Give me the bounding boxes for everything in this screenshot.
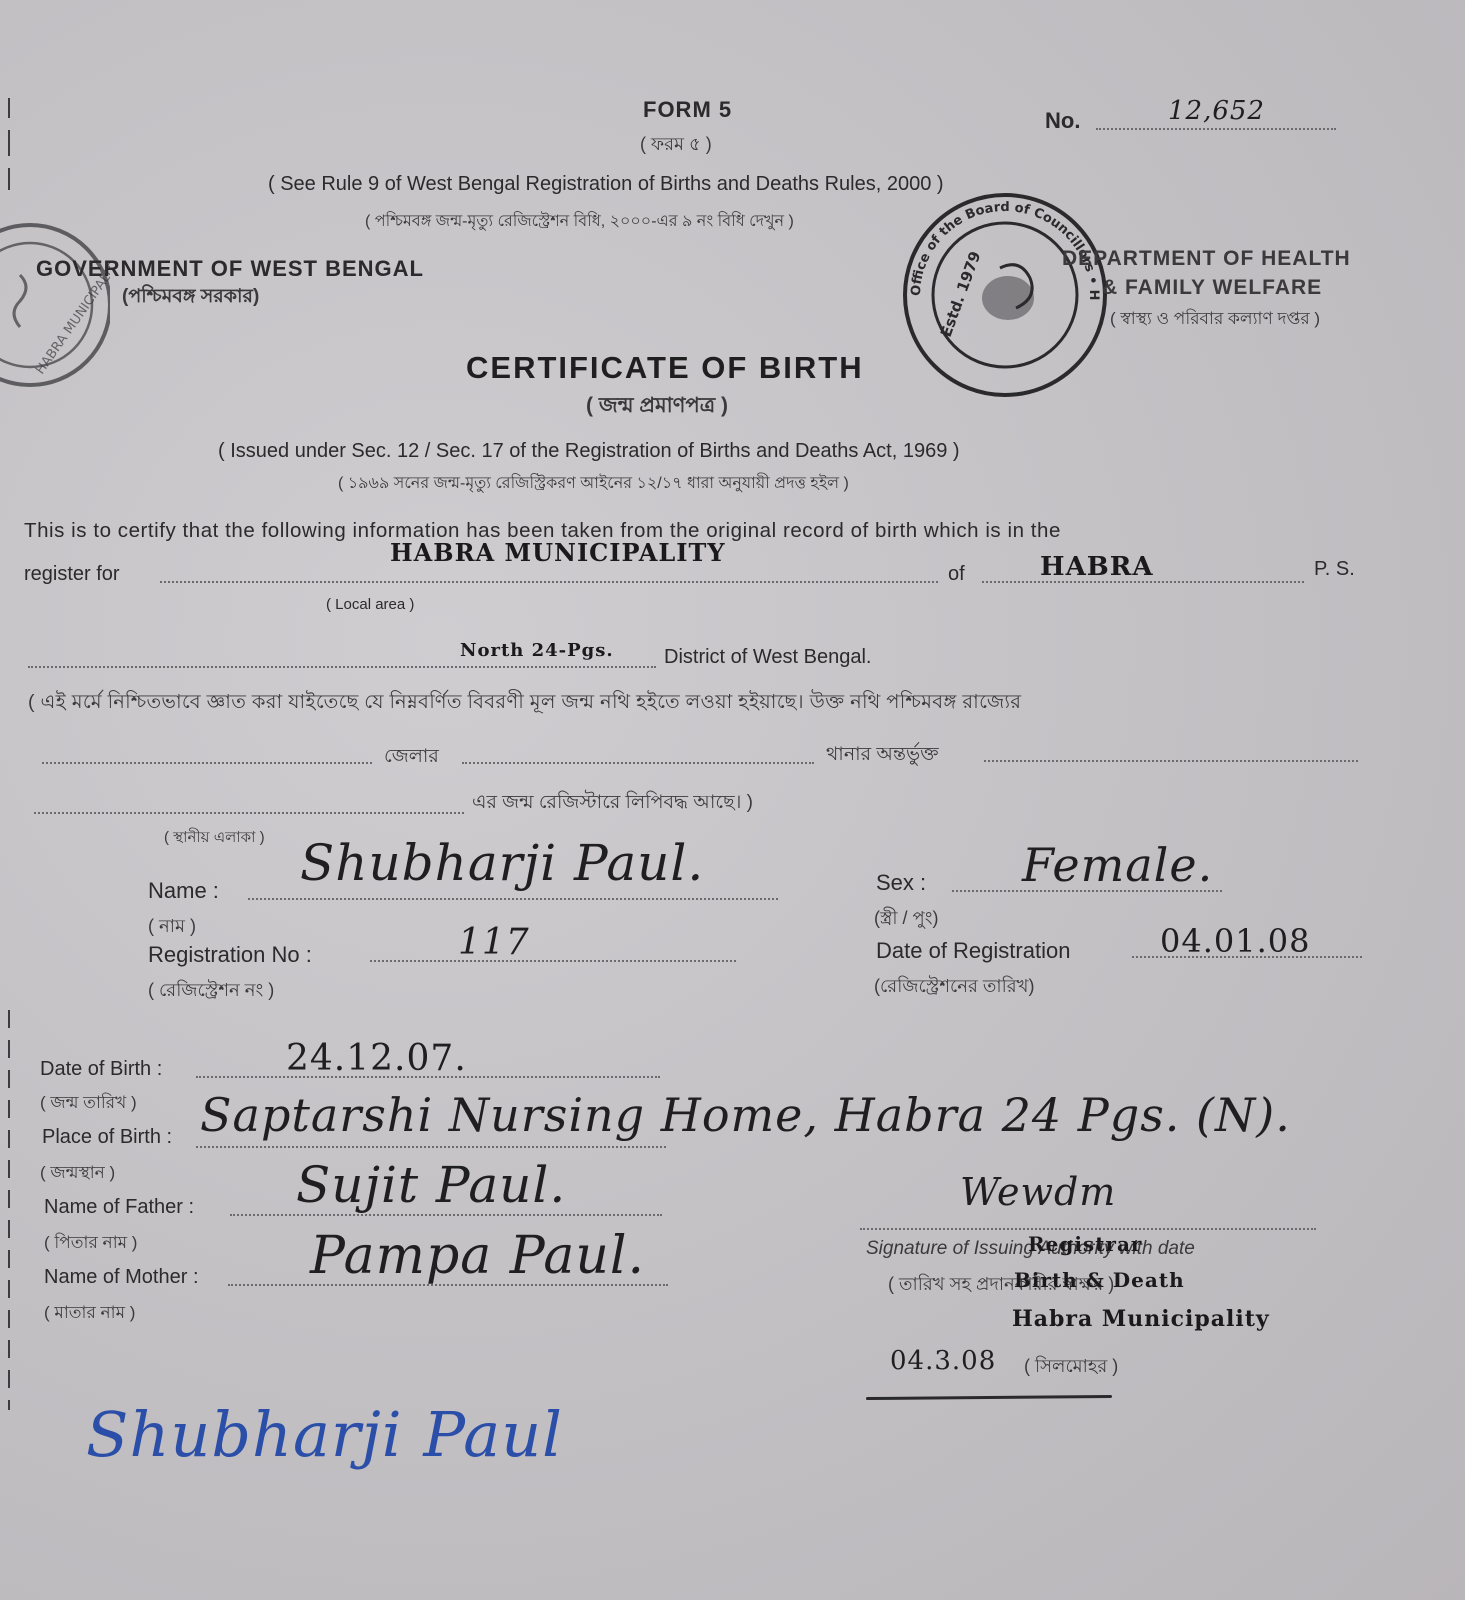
form-number-bn: ( ফরম ৫ ) — [640, 130, 712, 161]
mother-label-bn: ( মাতার নাম ) — [44, 1300, 135, 1328]
registration-no-value: 117 — [458, 922, 530, 963]
name-value: Shubharji Paul. — [300, 834, 704, 892]
registrar-stamp-line1: Registrar — [1028, 1232, 1142, 1256]
local-area-value: HABRA MUNICIPALITY — [390, 538, 726, 567]
dob-value: 24.12.07. — [286, 1038, 467, 1079]
margin-mark — [8, 98, 10, 118]
register-statement-bn: এর জন্ম রেজিস্টারে লিপিবদ্ধ আছে। ) — [472, 788, 753, 820]
serial-number: 12,652 — [1168, 96, 1265, 126]
margin-mark — [8, 1010, 10, 1410]
form-number: FORM 5 — [643, 97, 732, 123]
pob-label: Place of Birth : — [42, 1126, 172, 1149]
department-title-line1: DEPARTMENT OF HEALTH — [1062, 247, 1351, 271]
ps-label: P. S. — [1314, 558, 1355, 581]
certificate-title-bn: ( জন্ম প্রমাণপত্র ) — [586, 389, 728, 424]
department-title-bn: ( স্বাস্থ্য ও পরিবার কল্যাণ দপ্তর ) — [1110, 306, 1320, 334]
district-value: North 24-Pgs. — [460, 640, 614, 661]
registrar-stamp-line3: Habra Municipality — [1012, 1306, 1270, 1332]
mother-value: Pampa Paul. — [310, 1226, 645, 1286]
father-label: Name of Father : — [44, 1196, 194, 1219]
local-area-caption-bn: ( স্থানীয় এলাকা ) — [164, 826, 265, 851]
margin-mark — [8, 168, 10, 190]
issuer-signature: Wewdm — [960, 1170, 1116, 1214]
serial-label: No. — [1045, 108, 1080, 134]
registration-date-value: 04.01.08 — [1160, 922, 1311, 960]
municipality-seal-right: Office of the Board of Councillors • HAB… — [890, 188, 1120, 403]
registrar-stamp-line2: Birth & Death — [1014, 1268, 1185, 1292]
seal-label-bn: ( সিলমোহর ) — [1024, 1352, 1118, 1383]
pob-value: Saptarshi Nursing Home, Habra 24 Pgs. (N… — [200, 1088, 1291, 1142]
district-label-bn: জেলার — [384, 742, 439, 774]
registration-date-label-bn: (রেজিস্ট্রেশনের তারিখ) — [874, 972, 1034, 1003]
mother-label: Name of Mother : — [44, 1266, 199, 1289]
government-title: GOVERNMENT OF WEST BENGAL — [36, 256, 424, 282]
certificate-title: CERTIFICATE OF BIRTH — [466, 350, 864, 386]
signature-date: 04.3.08 — [890, 1346, 996, 1376]
municipality-seal-left: HABRA MUNICIPALITY — [0, 205, 110, 415]
government-title-bn: (পশ্চিমবঙ্গ সরকার) — [122, 282, 259, 314]
svg-text:Estd. 1979: Estd. 1979 — [937, 249, 985, 340]
pob-label-bn: ( জন্মস্থান ) — [40, 1160, 115, 1188]
rule-reference: ( See Rule 9 of West Bengal Registration… — [268, 173, 944, 196]
ps-label-bn: থানার অন্তর্ভুক্ত — [826, 740, 939, 772]
department-title-line2: & FAMILY WELFARE — [1102, 276, 1322, 300]
dob-label: Date of Birth : — [40, 1058, 162, 1081]
father-value: Sujit Paul. — [296, 1156, 566, 1214]
local-area-caption: ( Local area ) — [326, 596, 414, 613]
certify-statement-bn: ( এই মর্মে নিশ্চিতভাবে জ্ঞাত করা যাইতেছে… — [28, 688, 1021, 720]
sex-value: Female. — [1022, 838, 1213, 892]
rule-reference-bn: ( পশ্চিমবঙ্গ জন্ম-মৃত্যু রেজিস্ট্রেশন বি… — [365, 208, 794, 235]
sex-label-bn: (স্ত্রী / পুং) — [874, 904, 939, 935]
name-label-bn: ( নাম ) — [148, 912, 196, 943]
registration-no-label: Registration No : — [148, 942, 312, 968]
district-suffix: District of West Bengal. — [664, 646, 871, 669]
register-for-label: register for — [24, 563, 120, 586]
act-reference-bn: ( ১৯৬৯ সনের জন্ম-মৃত্যু রেজিস্ট্রিকরণ আই… — [338, 470, 849, 497]
sex-label: Sex : — [876, 870, 926, 896]
margin-mark — [8, 130, 10, 156]
birth-certificate: FORM 5 ( ফরম ৫ ) No. 12,652 ( See Rule 9… — [0, 0, 1465, 1600]
registration-date-label: Date of Registration — [876, 938, 1070, 964]
of-label: of — [948, 563, 965, 586]
registration-no-label-bn: ( রেজিস্ট্রেশন নং ) — [148, 976, 274, 1007]
dob-label-bn: ( জন্ম তারিখ ) — [40, 1090, 137, 1118]
father-label-bn: ( পিতার নাম ) — [44, 1230, 137, 1258]
act-reference: ( Issued under Sec. 12 / Sec. 17 of the … — [218, 440, 960, 463]
signature-underline — [866, 1395, 1112, 1400]
police-station-value: HABRA — [1040, 552, 1154, 582]
name-label: Name : — [148, 878, 219, 904]
holder-signature: Shubharji Paul — [86, 1398, 563, 1471]
